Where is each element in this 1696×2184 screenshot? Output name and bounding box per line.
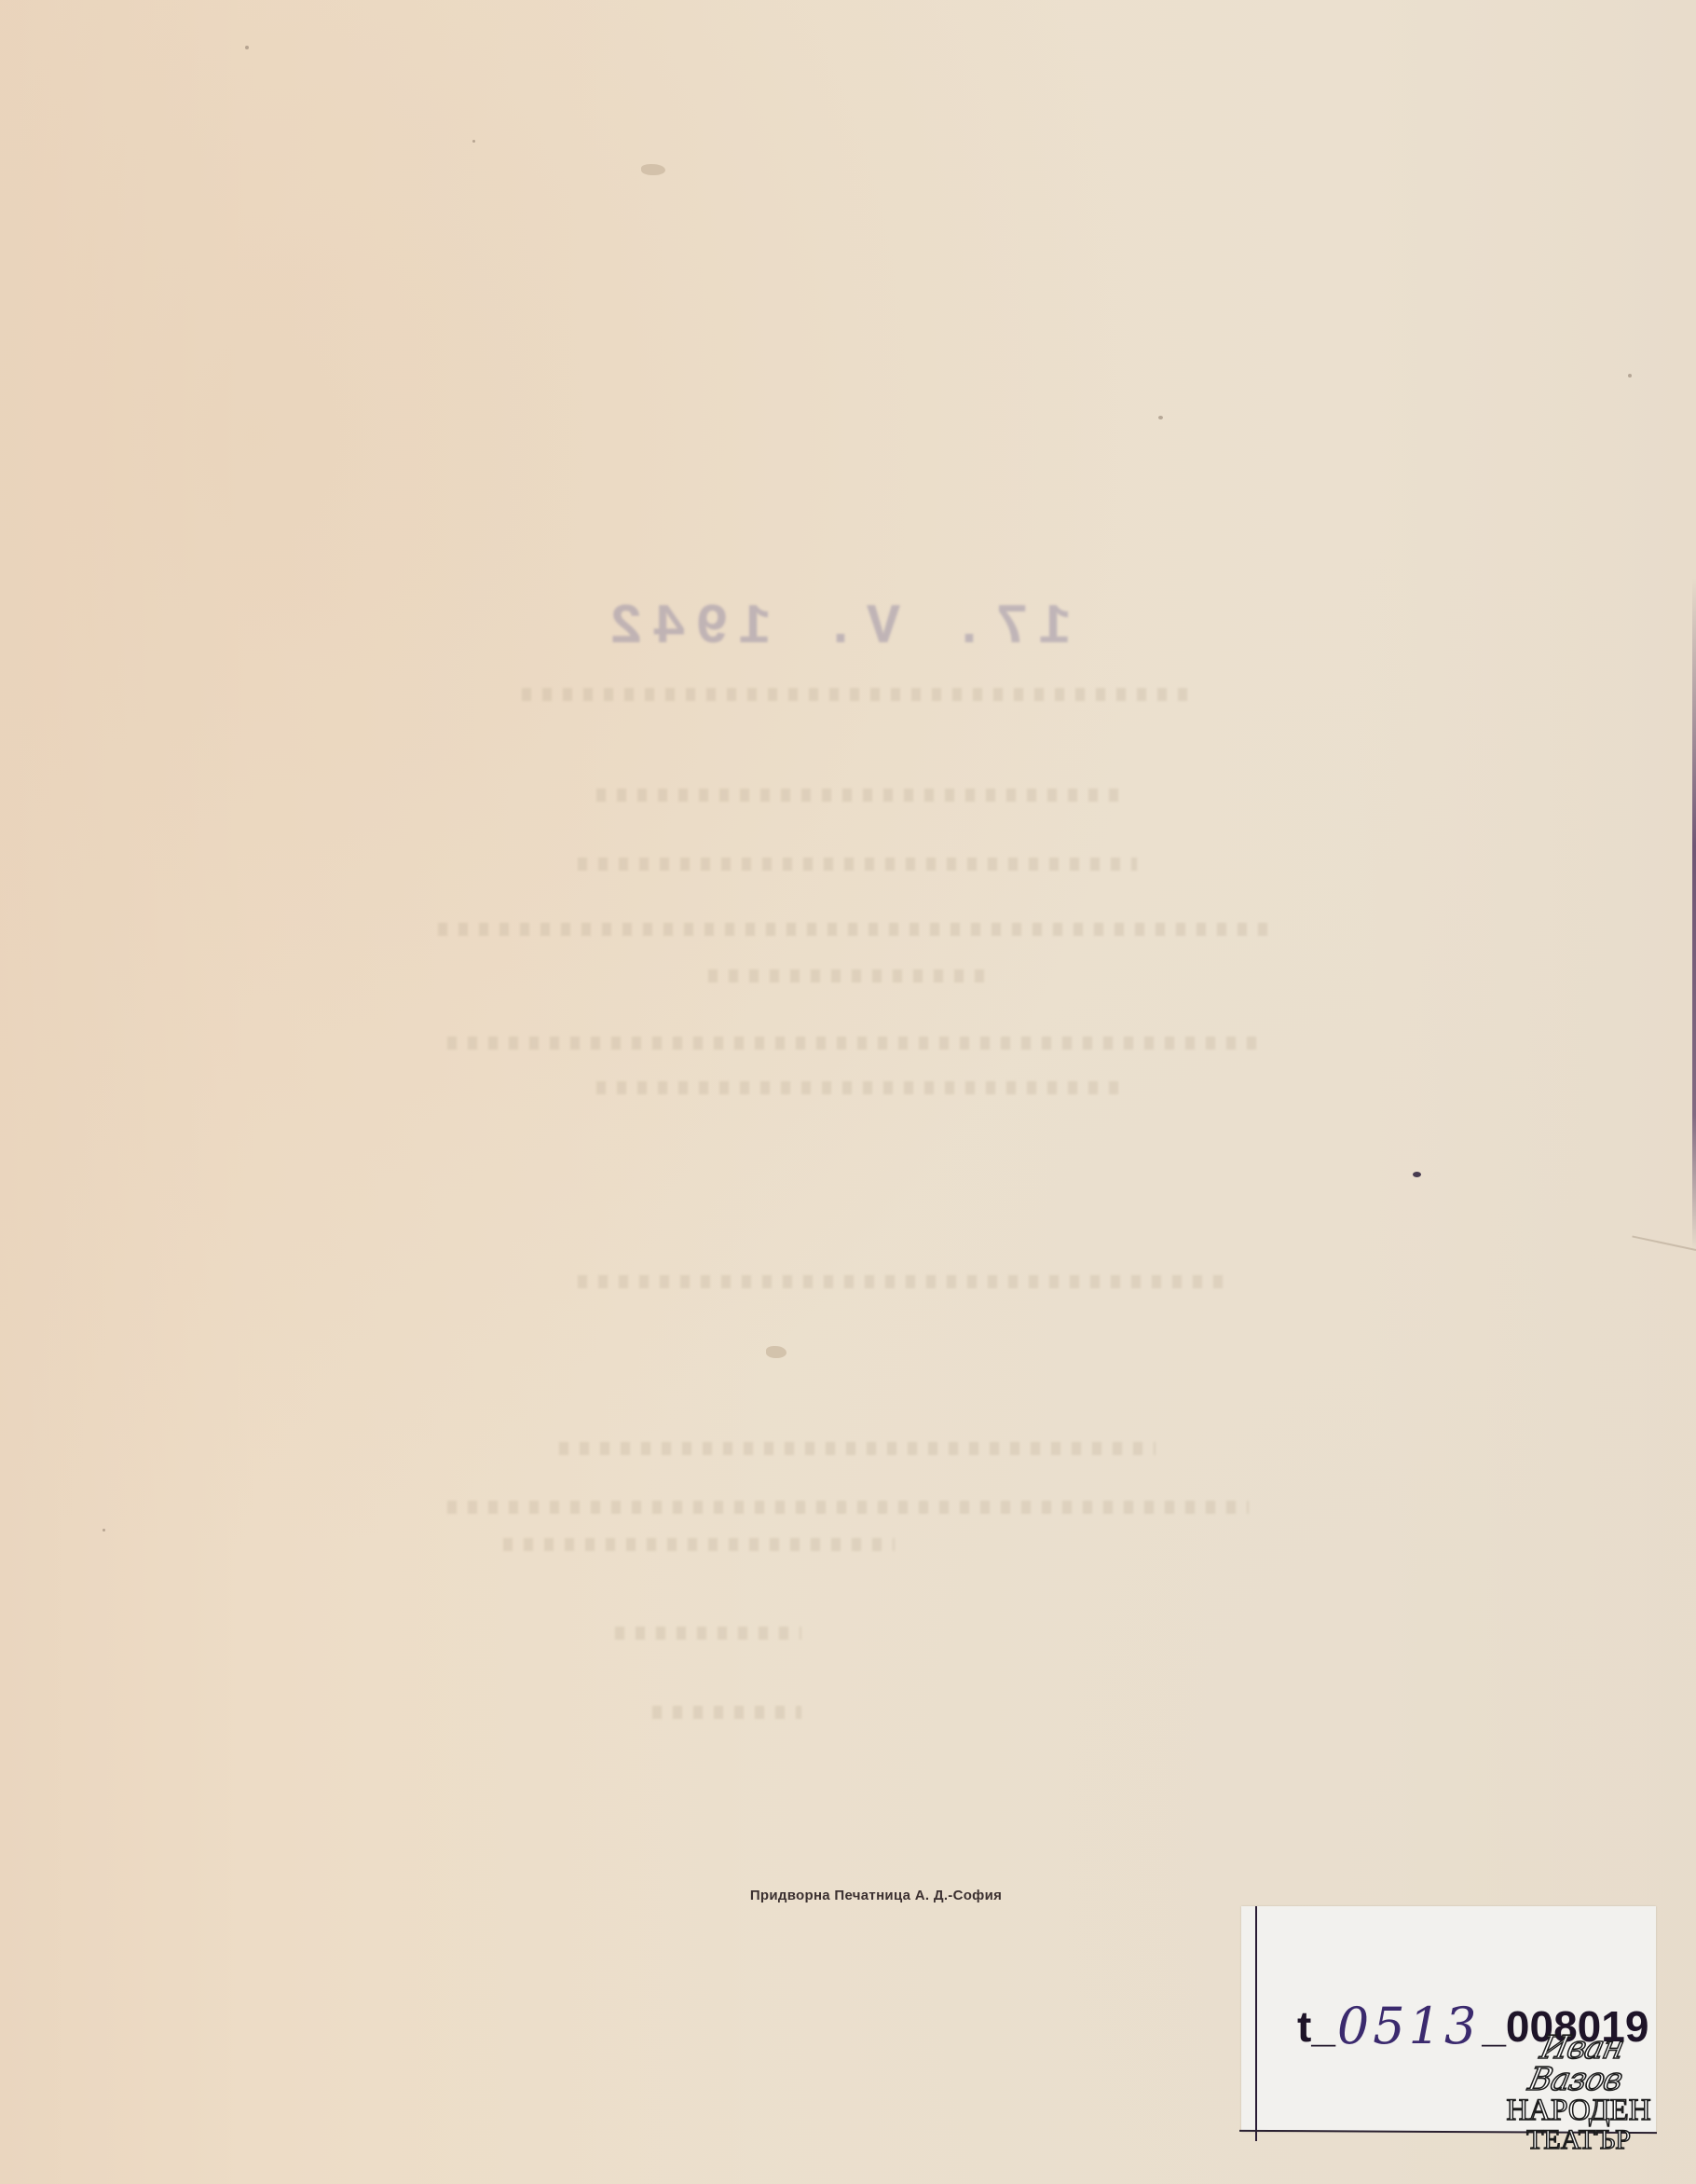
mirrored-date-stamp: 17. V. 1942 (718, 597, 1072, 660)
paper-stain (641, 164, 665, 175)
bleedthrough-text-line (708, 969, 988, 982)
paper-speck (1158, 416, 1163, 419)
bleedthrough-text-line (559, 1442, 1156, 1455)
bleedthrough-text-line (615, 1627, 801, 1640)
page-edge-shadow (1692, 578, 1696, 1249)
national-theatre-logo: Иван Вазов НАРОДЕН ТЕАТЪР (1495, 2032, 1662, 2154)
logo-line-1: НАРОДЕН (1495, 2095, 1662, 2126)
logo-script-name: Иван Вазов (1488, 2032, 1669, 2095)
bleedthrough-text-line (447, 1501, 1249, 1514)
bleedthrough-text-line (578, 1275, 1230, 1288)
paper-speck (472, 140, 475, 143)
paper-stain (766, 1346, 786, 1358)
archive-label: t_ 0513 _008019 Иван Вазов НАРОДЕН ТЕАТЪ… (1241, 1906, 1656, 2132)
bleedthrough-text-line (596, 789, 1118, 802)
paper-speck (245, 46, 249, 49)
bleedthrough-text-line (596, 1081, 1118, 1094)
paper-speck (1413, 1172, 1421, 1177)
paper-speck (103, 1529, 105, 1532)
bleedthrough-text-line (522, 688, 1193, 701)
bleedthrough-text-line (438, 923, 1277, 936)
archive-id-prefix: t_ (1297, 2001, 1335, 2052)
bleedthrough-text-line (503, 1538, 895, 1551)
printer-imprint: Придворна Печатница А. Д.-София (690, 1888, 1062, 1903)
bleedthrough-text-line (578, 858, 1137, 871)
bleedthrough-text-line (447, 1037, 1267, 1050)
logo-line-2: ТЕАТЪР (1495, 2126, 1662, 2154)
scanned-page: 17. V. 1942 Придворна Печатница А. Д.-Со… (0, 0, 1696, 2184)
paper-speck (1628, 374, 1632, 378)
page-fold-crease (1632, 1235, 1696, 1251)
archive-id-handwritten: 0513 (1337, 1997, 1480, 2055)
bleedthrough-text-line (652, 1706, 801, 1719)
label-border-left (1255, 1906, 1257, 2141)
